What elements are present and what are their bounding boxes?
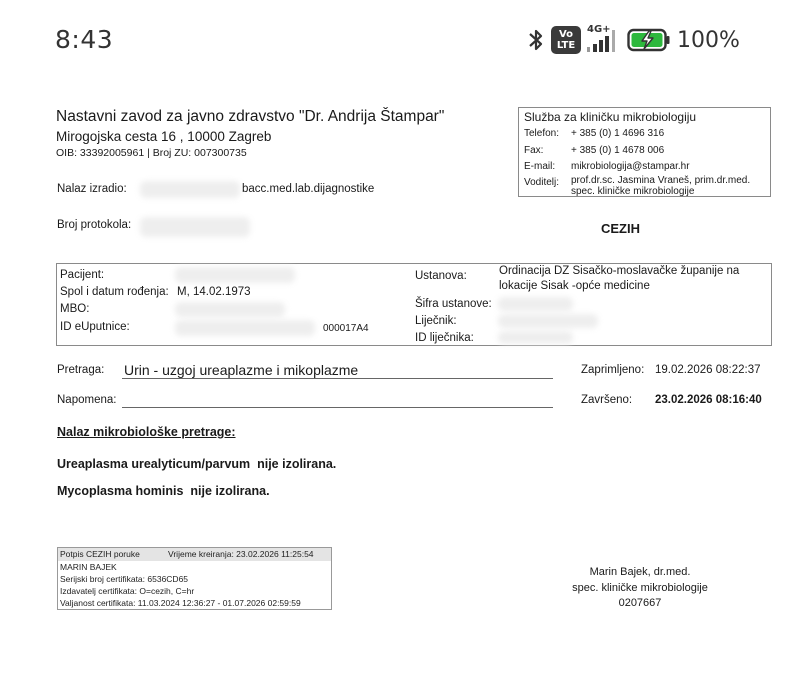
signature-serial: Serijski broj certifikata: 6536CD65 [60, 574, 188, 584]
redacted-referral [175, 320, 315, 336]
note-label: Napomena: [57, 394, 116, 406]
finished-label: Završeno: [581, 394, 632, 406]
email-value[interactable]: mikrobiologija@stampar.hr [571, 161, 690, 172]
redacted-doctor-id [498, 331, 573, 344]
volte-top-text: Vo [551, 29, 581, 40]
sex-dob-value: M, 14.02.1973 [177, 286, 251, 298]
redacted-mbo [175, 302, 285, 317]
fax-value: + 385 (0) 1 4678 006 [571, 145, 664, 156]
status-time: 8:43 [55, 25, 113, 54]
redacted-doctor [498, 314, 598, 328]
note-underline [122, 407, 553, 408]
signature-signer: MARIN BAJEK [60, 562, 117, 572]
redacted-protocol [140, 217, 250, 237]
made-by-label: Nalaz izradio: [57, 183, 127, 195]
institution-line2: lokacije Sisak -opće medicine [499, 280, 650, 292]
email-label: E-mail: [524, 161, 555, 172]
institution-line1: Ordinacija DZ Sisačko-moslavačke županij… [499, 265, 739, 277]
service-title: Služba za kliničku mikrobiologiju [524, 110, 696, 124]
signature-created: Vrijeme kreiranja: 23.02.2026 11:25:54 [168, 549, 314, 559]
volte-bottom-text: LTE [551, 40, 581, 51]
patient-label: Pacijent: [60, 269, 104, 281]
redacted-institution-code [498, 297, 573, 311]
doctor-name: Marin Bajek, dr.med. [545, 566, 735, 578]
result-line: Ureaplasma urealyticum/parvum nije izoli… [57, 457, 336, 471]
phone-value: + 385 (0) 1 4696 316 [571, 128, 664, 139]
signal-4g-plus-icon: 4G+ [587, 26, 621, 54]
redacted-patient-name [175, 267, 295, 283]
doctor-label: Liječnik: [415, 315, 457, 327]
finished-value: 23.02.2026 08:16:40 [655, 394, 762, 406]
cezih-label: CEZIH [601, 221, 640, 236]
bluetooth-icon [527, 27, 545, 53]
mbo-label: MBO: [60, 303, 89, 315]
referral-suffix: 000017A4 [323, 323, 369, 334]
signature-issuer: Izdavatelj certifikata: O=cezih, C=hr [60, 586, 194, 596]
test-label: Pretraga: [57, 364, 104, 376]
doctor-id-label: ID liječnika: [415, 332, 474, 344]
protocol-label: Broj protokola: [57, 219, 131, 231]
test-underline [122, 378, 553, 379]
referral-label: ID eUputnice: [60, 321, 130, 333]
institution-name: Nastavni zavod za javno zdravstvo "Dr. A… [56, 108, 444, 126]
results-heading: Nalaz mikrobiološke pretrage: [57, 425, 236, 439]
head-line2: spec. kliničke mikrobiologije [571, 186, 694, 197]
sex-dob-label: Spol i datum rođenja: [60, 286, 169, 298]
battery-percent: 100% [677, 28, 740, 53]
received-value: 19.02.2026 08:22:37 [655, 364, 761, 376]
institution-code-label: Šifra ustanove: [415, 298, 492, 310]
battery-charging-icon [627, 28, 671, 52]
made-by-value: bacc.med.lab.dijagnostike [242, 183, 374, 195]
received-label: Zaprimljeno: [581, 364, 644, 376]
signature-validity: Valjanost certifikata: 11.03.2024 12:36:… [60, 598, 301, 608]
head-label: Voditelj: [524, 177, 559, 188]
signature-title: Potpis CEZIH poruke [60, 549, 140, 559]
test-value: Urin - uzgoj ureaplazme i mikoplazme [124, 362, 358, 378]
institution-label: Ustanova: [415, 270, 467, 282]
phone-label: Telefon: [524, 128, 559, 139]
doctor-title: spec. kliničke mikrobiologije [545, 582, 735, 594]
institution-ids: OIB: 33392005961 | Broj ZU: 007300735 [56, 147, 247, 159]
status-icons: Vo LTE 4G+ 100% [527, 23, 740, 57]
volte-icon: Vo LTE [551, 26, 581, 54]
redacted-made-by [140, 181, 240, 198]
institution-address: Mirogojska cesta 16 , 10000 Zagreb [56, 129, 271, 144]
head-line1: prof.dr.sc. Jasmina Vraneš, prim.dr.med. [571, 175, 750, 186]
result-line: Mycoplasma hominis nije izolirana. [57, 484, 270, 498]
doctor-code: 0207667 [545, 597, 735, 609]
network-type: 4G+ [587, 24, 611, 35]
fax-label: Fax: [524, 145, 543, 156]
